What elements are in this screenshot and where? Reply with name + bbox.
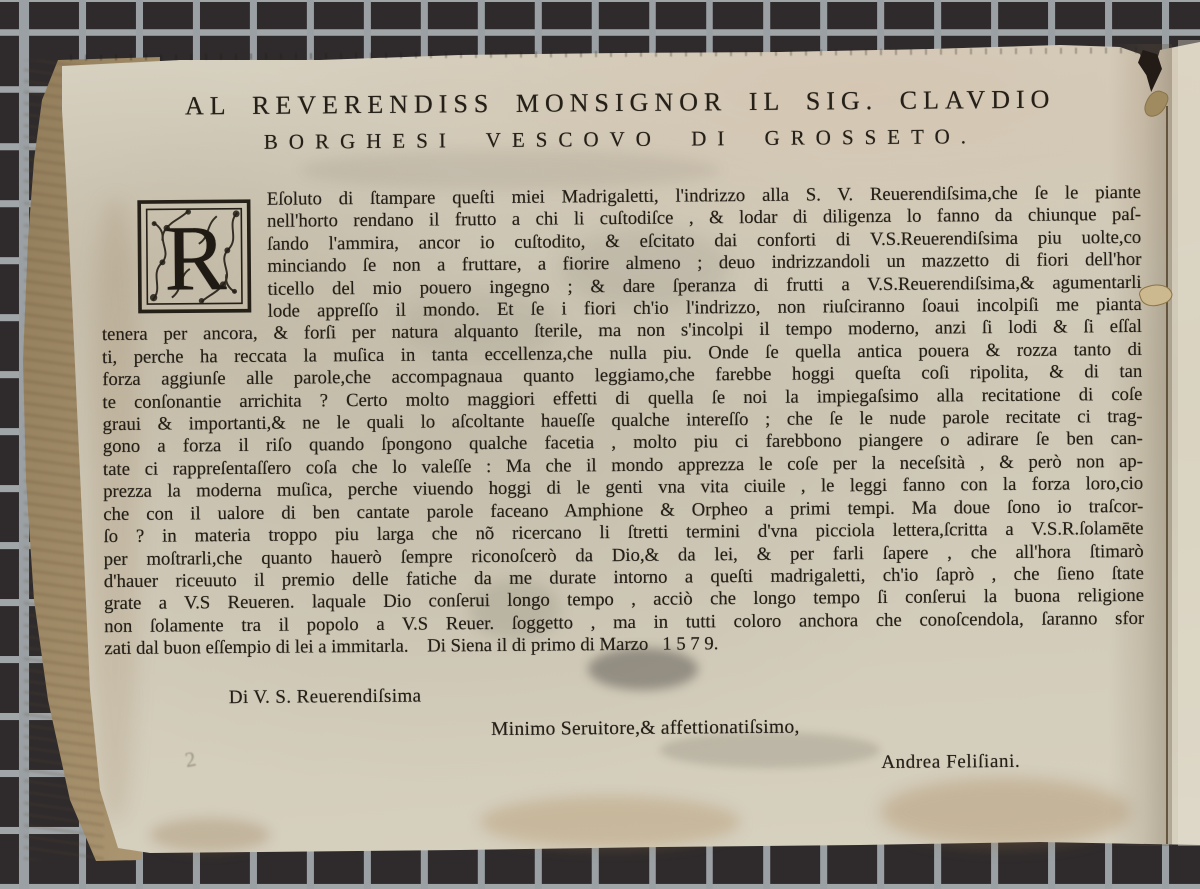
- bottom-stain-1: [480, 796, 740, 848]
- dedication-title-line1: AL REVERENDISS MONSIGNOR IL SIG. CLAVDIO: [100, 82, 1140, 124]
- bottom-stain-2: [880, 778, 1130, 846]
- dedication-title-line2: BORGHESI VESCOVO DI GROSSETO.: [100, 122, 1140, 156]
- binding-fold-line: [1166, 106, 1168, 844]
- bottom-stain-3: [150, 818, 270, 852]
- closing-signature: Andrea Feliſiani.: [881, 751, 1020, 774]
- page-content: AL REVERENDISS MONSIGNOR IL SIG. CLAVDIO…: [100, 82, 1144, 661]
- drop-cap-letter: R: [164, 207, 228, 310]
- closing-salutation: Di V. S. Reuerendiſsima: [229, 686, 422, 710]
- photo-stage: AL REVERENDISS MONSIGNOR IL SIG. CLAVDIO…: [0, 0, 1200, 889]
- closing-signoff: Minimo Seruitore,& affettionatiſsimo,: [491, 717, 800, 741]
- drop-cap-initial: R: [135, 199, 254, 314]
- body-paragraph: R Eſoluto di ſtampare queſti miei Madrig…: [101, 182, 1145, 661]
- next-leaf-sliver: [1178, 40, 1200, 846]
